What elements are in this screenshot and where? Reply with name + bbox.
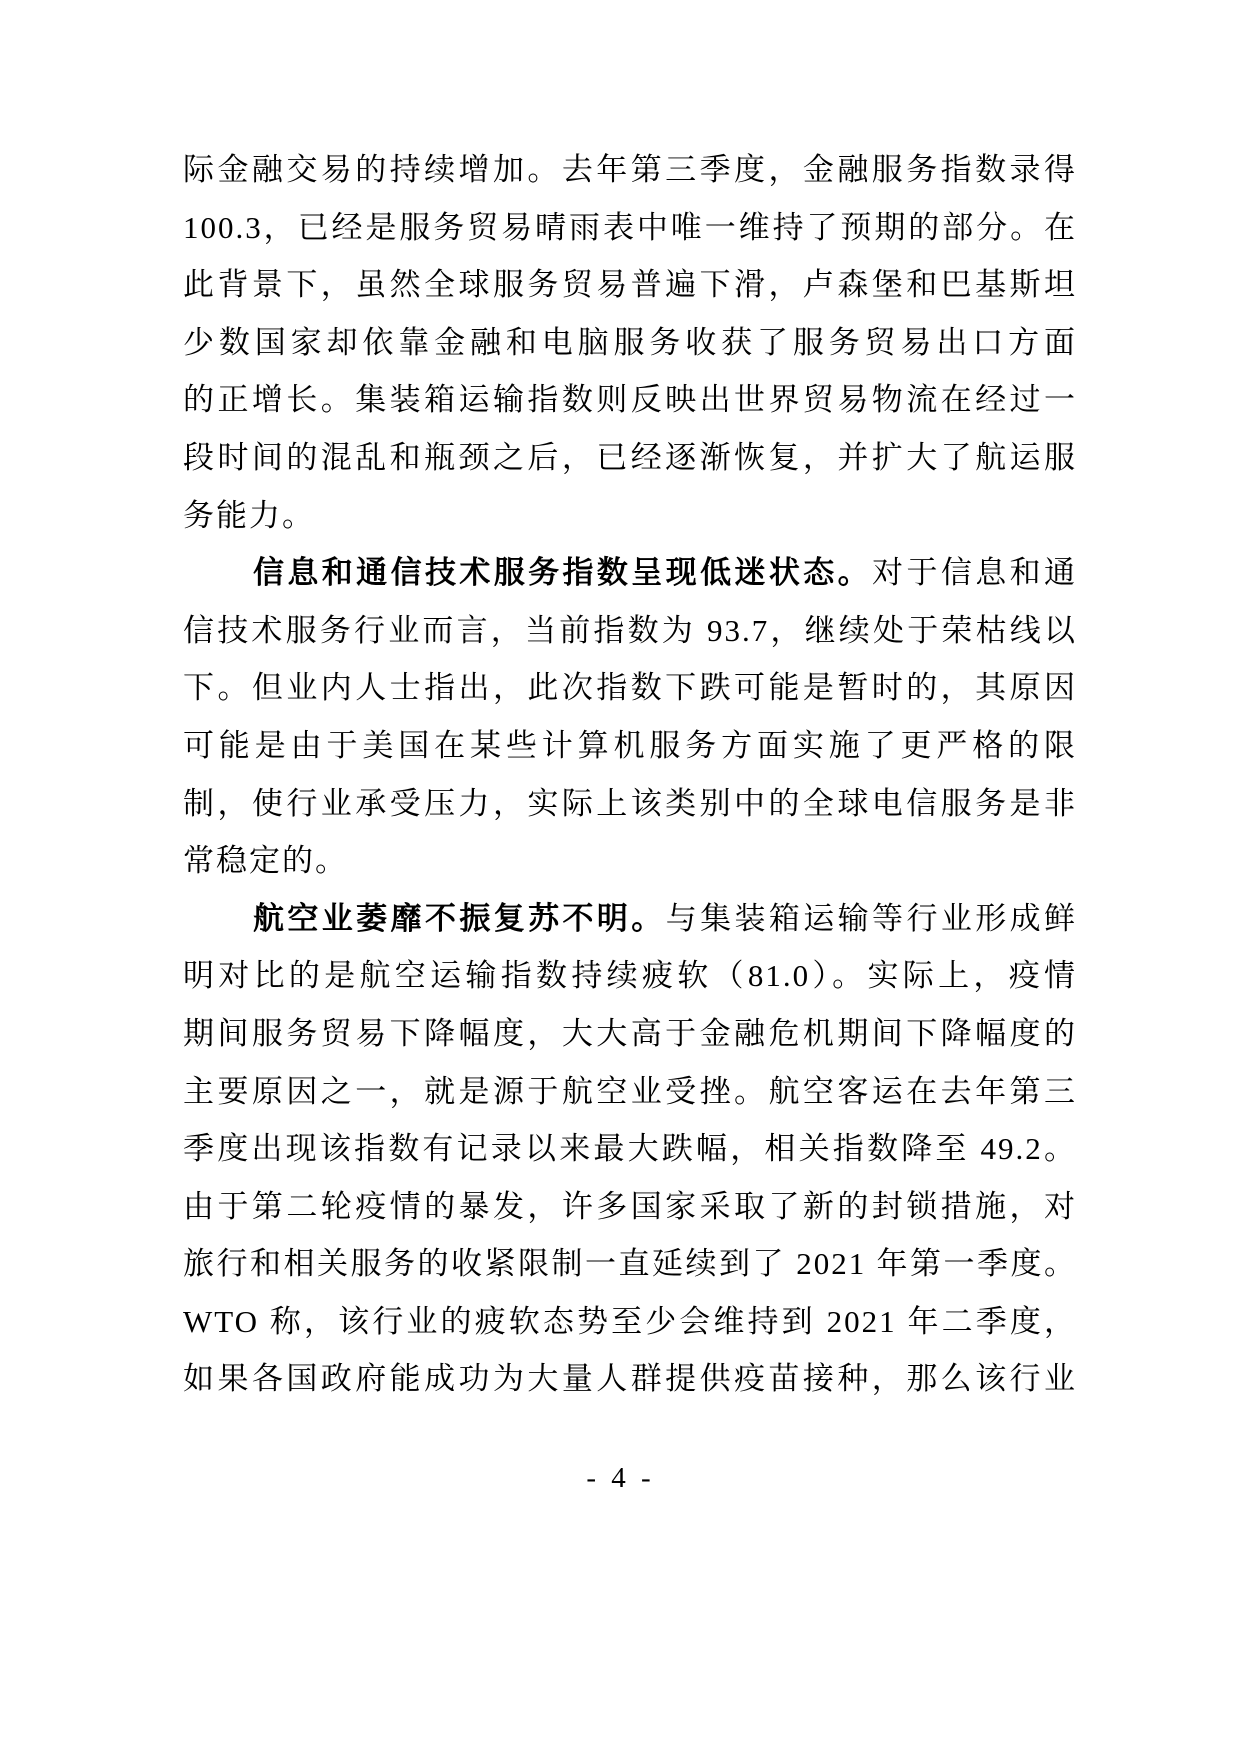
text-line: 可能是由于美国在某些计算机服务方面实施了更严格的限 xyxy=(183,717,1077,775)
text-line: 际金融交易的持续增加。去年第三季度，金融服务指数录得 xyxy=(183,141,1077,199)
line-text: 对于信息和通 xyxy=(872,555,1077,590)
line-text: 如果各国政府能成功为大量人群提供疫苗接种，那么该行业 xyxy=(183,1361,1077,1396)
line-text: 少数国家却依靠金融和电脑服务收获了服务贸易出口方面 xyxy=(183,325,1077,360)
text-line: 旅行和相关服务的收紧限制一直延续到了 2021 年第一季度。 xyxy=(183,1235,1077,1293)
text-line: 少数国家却依靠金融和电脑服务收获了服务贸易出口方面 xyxy=(183,314,1077,372)
text-line: 务能力。 xyxy=(183,487,1077,545)
line-text: 期间服务贸易下降幅度，大大高于金融危机期间下降幅度的 xyxy=(183,1016,1077,1051)
document-page: 际金融交易的持续增加。去年第三季度，金融服务指数录得 100.3，已经是服务贸易… xyxy=(0,0,1241,1754)
text-line: 段时间的混乱和瓶颈之后，已经逐渐恢复，并扩大了航运服 xyxy=(183,429,1077,487)
line-text: 此背景下，虽然全球服务贸易普遍下滑，卢森堡和巴基斯坦 xyxy=(183,267,1077,302)
line-text: 主要原因之一，就是源于航空业受挫。航空客运在去年第三 xyxy=(183,1074,1077,1109)
line-text: 旅行和相关服务的收紧限制一直延续到了 2021 年第一季度。 xyxy=(183,1246,1077,1281)
document-body: 际金融交易的持续增加。去年第三季度，金融服务指数录得 100.3，已经是服务贸易… xyxy=(183,141,1077,1408)
text-line: 季度出现该指数有记录以来最大跌幅，相关指数降至 49.2。 xyxy=(183,1120,1077,1178)
text-line: 航空业萎靡不振复苏不明。与集装箱运输等行业形成鲜 xyxy=(183,890,1077,948)
text-line: 信息和通信技术服务指数呈现低迷状态。对于信息和通 xyxy=(183,544,1077,602)
line-text: 明对比的是航空运输指数持续疲软（81.0）。实际上，疫情 xyxy=(183,958,1077,993)
text-line: 的正增长。集装箱运输指数则反映出世界贸易物流在经过一 xyxy=(183,371,1077,429)
line-text: WTO 称，该行业的疲软态势至少会维持到 2021 年二季度， xyxy=(183,1304,1077,1339)
line-text: 务能力。 xyxy=(183,498,315,533)
text-line: 常稳定的。 xyxy=(183,832,1077,890)
text-line: 明对比的是航空运输指数持续疲软（81.0）。实际上，疫情 xyxy=(183,947,1077,1005)
text-line: 100.3，已经是服务贸易晴雨表中唯一维持了预期的部分。在 xyxy=(183,199,1077,257)
line-text: 信技术服务行业而言，当前指数为 93.7，继续处于荣枯线以 xyxy=(183,613,1077,648)
line-text: 制，使行业承受压力，实际上该类别中的全球电信服务是非 xyxy=(183,786,1077,821)
line-text: 季度出现该指数有记录以来最大跌幅，相关指数降至 49.2。 xyxy=(183,1131,1077,1166)
bold-lead-text: 航空业萎靡不振复苏不明。 xyxy=(253,901,666,936)
text-line: 主要原因之一，就是源于航空业受挫。航空客运在去年第三 xyxy=(183,1063,1077,1121)
text-line: 期间服务贸易下降幅度，大大高于金融危机期间下降幅度的 xyxy=(183,1005,1077,1063)
line-text: 段时间的混乱和瓶颈之后，已经逐渐恢复，并扩大了航运服 xyxy=(183,440,1077,475)
bold-lead-text: 信息和通信技术服务指数呈现低迷状态。 xyxy=(253,555,872,590)
page-number: - 4 - xyxy=(0,1462,1241,1495)
text-line: 由于第二轮疫情的暴发，许多国家采取了新的封锁措施，对 xyxy=(183,1178,1077,1236)
line-text: 由于第二轮疫情的暴发，许多国家采取了新的封锁措施，对 xyxy=(183,1189,1077,1224)
line-text: 与集装箱运输等行业形成鲜 xyxy=(666,901,1077,936)
text-line: WTO 称，该行业的疲软态势至少会维持到 2021 年二季度， xyxy=(183,1293,1077,1351)
line-text: 100.3，已经是服务贸易晴雨表中唯一维持了预期的部分。在 xyxy=(183,210,1077,245)
line-text: 可能是由于美国在某些计算机服务方面实施了更严格的限 xyxy=(183,728,1077,763)
text-line: 下。但业内人士指出，此次指数下跌可能是暂时的，其原因 xyxy=(183,659,1077,717)
text-line: 信技术服务行业而言，当前指数为 93.7，继续处于荣枯线以 xyxy=(183,602,1077,660)
line-text: 际金融交易的持续增加。去年第三季度，金融服务指数录得 xyxy=(183,152,1077,187)
text-line: 此背景下，虽然全球服务贸易普遍下滑，卢森堡和巴基斯坦 xyxy=(183,256,1077,314)
line-text: 下。但业内人士指出，此次指数下跌可能是暂时的，其原因 xyxy=(183,670,1077,705)
text-line: 如果各国政府能成功为大量人群提供疫苗接种，那么该行业 xyxy=(183,1350,1077,1408)
line-text: 的正增长。集装箱运输指数则反映出世界贸易物流在经过一 xyxy=(183,382,1077,417)
text-line: 制，使行业承受压力，实际上该类别中的全球电信服务是非 xyxy=(183,775,1077,833)
line-text: 常稳定的。 xyxy=(183,843,348,878)
